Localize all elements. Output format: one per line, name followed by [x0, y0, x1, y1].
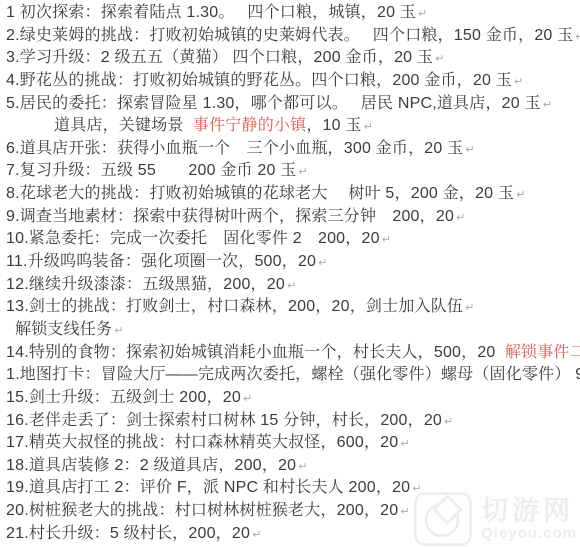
quest-text: 14.特别的食物：探索初始城镇消耗小血瓶一个，村长夫人，500，20: [6, 344, 505, 361]
quest-list-document: 1 初次探索：探索着陆点 1.30。 四个口粮，城镇，20 玉2.绿史莱姆的挑战…: [0, 0, 580, 547]
quest-text: 15.剑士升级：五级剑士 200，20: [6, 389, 241, 406]
quest-text: 1 初次探索：探索着陆点 1.30。 四个口粮，城镇，20 玉: [6, 4, 416, 21]
quest-text: 11.升级呜呜装备：强化项圈一次，500，20: [6, 253, 316, 270]
event-highlight-text: 解锁事件二: [505, 344, 580, 361]
quest-text: 6.道具店开张：获得小血瓶一个 三个小血瓶，300 金币，20 玉: [6, 140, 463, 157]
quest-line: 1.地图打卡：冒险大厅——完成两次委托，螺栓（强化零件）螺母（固化零件） 900: [0, 364, 580, 387]
quest-text: 12.继续升级漆漆：五级黑猫，200，20: [6, 276, 285, 293]
quest-text: 21.村长升级：5 级村长，200，20: [6, 525, 250, 542]
quest-line: 2.绿史莱姆的挑战：打败初始城镇的史莱姆代表。 四个口粮，150 金币，20 玉: [0, 25, 580, 48]
quest-line: 17.精英大叔怪的挑战：村口森林精英大叔怪，600，20: [0, 432, 580, 455]
quest-text: 8.花球老大的挑战：打败初始城镇的花球老大 树叶 5，200 金，20 玉: [6, 185, 514, 202]
quest-line: 11.升级呜呜装备：强化项圈一次，500，20: [0, 251, 580, 274]
quest-line: 3.学习升级：2 级五五（黄猫） 四个口粮，200 金币，20 玉: [0, 47, 580, 70]
quest-line: 解锁支线任务: [0, 319, 580, 342]
quest-line: 8.花球老大的挑战：打败初始城镇的花球老大 树叶 5，200 金，20 玉: [0, 183, 580, 206]
quest-line: 21.村长升级：5 级村长，200，20: [0, 523, 580, 546]
quest-text: 2.绿史莱姆的挑战：打败初始城镇的史莱姆代表。 四个口粮，150 金币，20 玉: [6, 27, 573, 44]
quest-line: 10.紧急委托：完成一次委托 固化零件 2 200，20: [0, 228, 580, 251]
quest-text: 解锁支线任务: [15, 321, 112, 338]
quest-line: 20.树桩猴老大的挑战：村口树林树桩猴老大，200，20: [0, 500, 580, 523]
quest-text: ，10 玉: [306, 117, 361, 134]
quest-text: 16.老伴走丢了：剑士探索村口树林 15 分钟，村长，200，20: [6, 412, 442, 429]
quest-line: 道具店，关键场景 事件宁静的小镇，10 玉: [0, 115, 580, 138]
quest-line: 6.道具店开张：获得小血瓶一个 三个小血瓶，300 金币，20 玉: [0, 138, 580, 161]
quest-text: 18.道具店装修 2：2 级道具店，200，20: [6, 457, 296, 474]
quest-text: 1.地图打卡：冒险大厅——完成两次委托，螺栓（强化零件）螺母（固化零件） 900: [6, 366, 580, 383]
quest-line: 18.道具店装修 2：2 级道具店，200，20: [0, 455, 580, 478]
quest-text: 17.精英大叔怪的挑战：村口森林精英大叔怪，600，20: [6, 434, 398, 451]
quest-lines: 1 初次探索：探索着陆点 1.30。 四个口粮，城镇，20 玉2.绿史莱姆的挑战…: [0, 2, 580, 545]
quest-text: 10.紧急委托：完成一次委托 固化零件 2 200，20: [6, 230, 380, 247]
quest-text: 3.学习升级：2 级五五（黄猫） 四个口粮，200 金币，20 玉: [6, 49, 433, 66]
quest-text: 19.道具店打工 2：评价 F，派 NPC 和村长夫人 200，20: [6, 479, 410, 496]
quest-line: 16.老伴走丢了：剑士探索村口树林 15 分钟，村长，200，20: [0, 410, 580, 433]
quest-text: 道具店，关键场景: [54, 117, 193, 134]
quest-line: 5.居民的委托：探索冒险星 1.30，哪个都可以。 居民 NPC,道具店，20 …: [0, 93, 580, 116]
quest-text: 7.复习升级：五级 55 200 金币 20 玉: [6, 162, 296, 179]
quest-line: 14.特别的食物：探索初始城镇消耗小血瓶一个，村长夫人，500，20 解锁事件二: [0, 342, 580, 365]
quest-line: 7.复习升级：五级 55 200 金币 20 玉: [0, 160, 580, 183]
event-highlight-text: 事件宁静的小镇: [193, 117, 306, 134]
quest-line: 4.野花丛的挑战：打败初始城镇的野花丛。四个口粮，200 金币，20 玉: [0, 70, 580, 93]
quest-line: 9.调查当地素材：探索中获得树叶两个，探索三分钟 200，20: [0, 206, 580, 229]
quest-text: 5.居民的委托：探索冒险星 1.30，哪个都可以。 居民 NPC,道具店，20 …: [6, 95, 541, 112]
quest-line: 15.剑士升级：五级剑士 200，20: [0, 387, 580, 410]
quest-line: 1 初次探索：探索着陆点 1.30。 四个口粮，城镇，20 玉: [0, 2, 580, 25]
quest-line: 13.剑士的挑战：打败剑士，村口森林，200，20，剑士加入队伍: [0, 296, 580, 319]
quest-line: 12.继续升级漆漆：五级黑猫，200，20: [0, 274, 580, 297]
quest-text: 4.野花丛的挑战：打败初始城镇的野花丛。四个口粮，200 金币，20 玉: [6, 72, 512, 89]
quest-text: 9.调查当地素材：探索中获得树叶两个，探索三分钟 200，20: [6, 208, 454, 225]
quest-line: 19.道具店打工 2：评价 F，派 NPC 和村长夫人 200，20: [0, 477, 580, 500]
quest-text: 20.树桩猴老大的挑战：村口树林树桩猴老大，200，20: [6, 502, 398, 519]
quest-text: 13.剑士的挑战：打败剑士，村口森林，200，20，剑士加入队伍: [6, 298, 463, 315]
